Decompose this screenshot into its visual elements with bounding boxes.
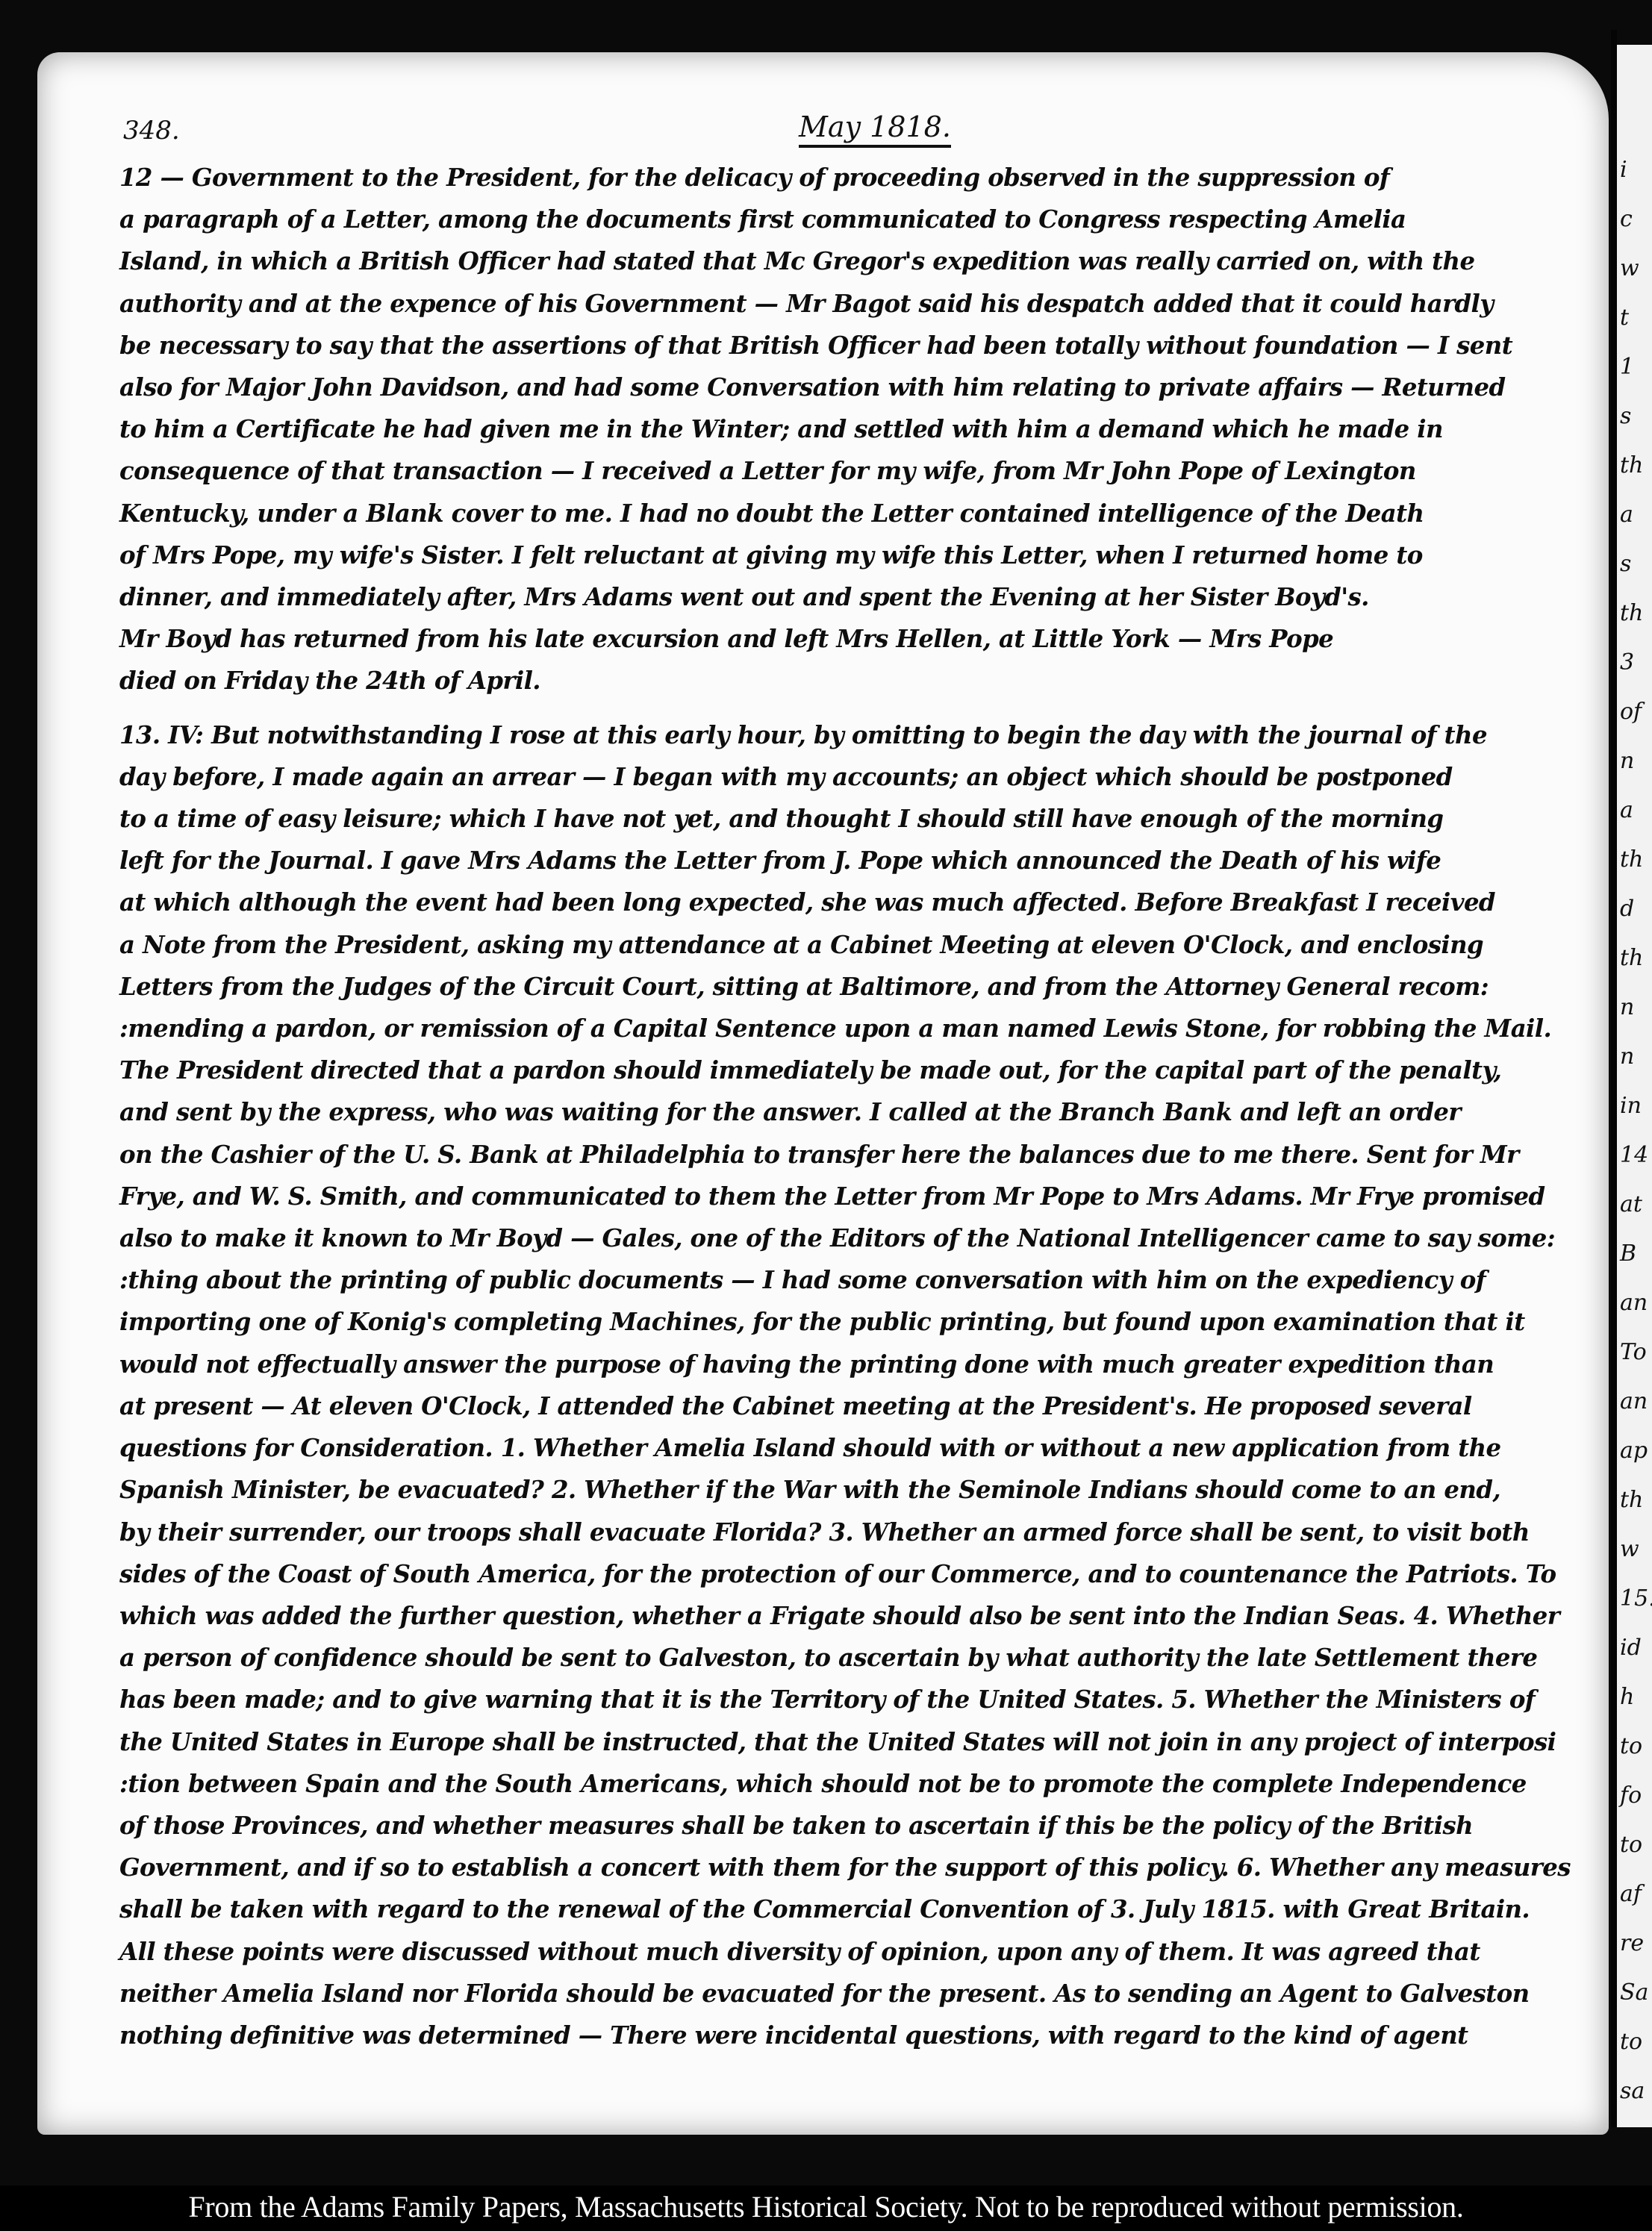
manuscript-line: Mr Boyd has returned from his late excur… <box>119 618 1583 660</box>
adjacent-page-text: af <box>1620 1881 1642 1907</box>
manuscript-line: :tion between Spain and the South Americ… <box>119 1763 1583 1805</box>
manuscript-line: at present — At eleven O'Clock, I attend… <box>119 1385 1583 1427</box>
manuscript-line: consequence of that transaction — I rece… <box>119 450 1583 492</box>
manuscript-line: 12 — Government to the President, for th… <box>119 157 1583 199</box>
adjacent-page-text: To <box>1620 1339 1647 1365</box>
page-number: 348. <box>123 116 180 146</box>
manuscript-line: by their surrender, our troops shall eva… <box>119 1511 1583 1553</box>
adjacent-page-text: 3 <box>1620 649 1634 675</box>
manuscript-line: Frye, and W. S. Smith, and communicated … <box>119 1176 1583 1217</box>
adjacent-page-text: sa <box>1620 2078 1645 2104</box>
manuscript-line: to him a Certificate he had given me in … <box>119 408 1583 450</box>
manuscript-line: Government, and if so to establish a con… <box>119 1847 1583 1888</box>
adjacent-page-text: d <box>1620 896 1634 922</box>
manuscript-line: and sent by the express, who was waiting… <box>119 1091 1583 1133</box>
adjacent-page-text: th <box>1620 945 1643 971</box>
adjacent-page-text: 15. <box>1620 1585 1652 1611</box>
adjacent-page-text: an <box>1620 1388 1648 1414</box>
adjacent-page-text: a <box>1620 797 1633 823</box>
adjacent-page-text: 1 <box>1620 354 1634 380</box>
adjacent-page-text: t <box>1620 305 1629 331</box>
manuscript-line: :thing about the printing of public docu… <box>119 1259 1583 1301</box>
manuscript-line: The President directed that a pardon sho… <box>119 1049 1583 1091</box>
manuscript-line: be necessary to say that the assertions … <box>119 325 1583 366</box>
manuscript-line: nothing definitive was determined — Ther… <box>119 2015 1583 2056</box>
adjacent-page-fragment: icwt1sthasth3ofnathdthnnin14atBanToanapt… <box>1617 45 1652 2127</box>
manuscript-line: left for the Journal. I gave Mrs Adams t… <box>119 840 1583 882</box>
manuscript-line: which was added the further question, wh… <box>119 1595 1583 1637</box>
adjacent-page-text: i <box>1620 157 1627 183</box>
manuscript-line: shall be taken with regard to the renewa… <box>119 1888 1583 1930</box>
adjacent-page-text: h <box>1620 1684 1634 1710</box>
adjacent-page-text: to <box>1620 1733 1642 1759</box>
manuscript-line: at which although the event had been lon… <box>119 882 1583 923</box>
adjacent-page-text: in <box>1620 1093 1642 1119</box>
manuscript-line: of Mrs Pope, my wife's Sister. I felt re… <box>119 534 1583 576</box>
manuscript-line: also for Major John Davidson, and had so… <box>119 366 1583 408</box>
diary-text: 12 — Government to the President, for th… <box>119 157 1612 2056</box>
manuscript-line: 13. IV: But notwithstanding I rose at th… <box>119 714 1583 756</box>
adjacent-page-text: w <box>1620 255 1639 281</box>
adjacent-page-text: re <box>1620 1930 1644 1956</box>
adjacent-page-text: th <box>1620 600 1643 626</box>
manuscript-line: Spanish Minister, be evacuated? 2. Wheth… <box>119 1469 1583 1511</box>
manuscript-line: also to make it known to Mr Boyd — Gales… <box>119 1217 1583 1259</box>
manuscript-line: dinner, and immediately after, Mrs Adams… <box>119 576 1583 618</box>
manuscript-line: Island, in which a British Officer had s… <box>119 240 1583 282</box>
adjacent-page-text: at <box>1620 1191 1642 1217</box>
manuscript-line: on the Cashier of the U. S. Bank at Phil… <box>119 1134 1583 1176</box>
adjacent-page-text: of <box>1620 699 1642 725</box>
manuscript-page: 348. May 1818. 12 — Government to the Pr… <box>37 52 1609 2135</box>
adjacent-page-text: 14 <box>1620 1142 1648 1168</box>
manuscript-line: Kentucky, under a Blank cover to me. I h… <box>119 493 1583 534</box>
adjacent-page-text: to <box>1620 1832 1642 1858</box>
manuscript-line: questions for Consideration. 1. Whether … <box>119 1427 1583 1469</box>
manuscript-line: :mending a pardon, or remission of a Cap… <box>119 1008 1583 1049</box>
adjacent-page-text: w <box>1620 1536 1639 1562</box>
adjacent-page-text: s <box>1620 403 1631 429</box>
manuscript-line: a paragraph of a Letter, among the docum… <box>119 199 1583 240</box>
copyright-footer: From the Adams Family Papers, Massachuse… <box>0 2185 1652 2231</box>
manuscript-line: neither Amelia Island nor Florida should… <box>119 1973 1583 2015</box>
adjacent-page-text: c <box>1620 206 1633 232</box>
adjacent-page-text: fo <box>1620 1782 1642 1809</box>
manuscript-line: a Note from the President, asking my att… <box>119 924 1583 966</box>
adjacent-page-text: an <box>1620 1290 1648 1316</box>
adjacent-page-text: B <box>1620 1241 1636 1267</box>
adjacent-page-text: th <box>1620 846 1643 873</box>
adjacent-page-text: th <box>1620 1487 1643 1513</box>
adjacent-page-text: s <box>1620 551 1631 577</box>
adjacent-page-text: th <box>1620 452 1643 478</box>
manuscript-line: of those Provinces, and whether measures… <box>119 1805 1583 1847</box>
manuscript-line: sides of the Coast of South America, for… <box>119 1553 1583 1595</box>
manuscript-line: has been made; and to give warning that … <box>119 1679 1583 1720</box>
manuscript-line: authority and at the expence of his Gove… <box>119 283 1583 325</box>
manuscript-line: importing one of Konig's completing Mach… <box>119 1301 1583 1343</box>
binding-edge <box>1611 30 1617 2127</box>
manuscript-line: the United States in Europe shall be ins… <box>119 1721 1583 1763</box>
manuscript-line: a person of confidence should be sent to… <box>119 1637 1583 1679</box>
adjacent-page-text: a <box>1620 502 1633 528</box>
adjacent-page-text: n <box>1620 994 1634 1020</box>
adjacent-page-text: id <box>1620 1635 1642 1661</box>
adjacent-page-text: n <box>1620 1043 1634 1070</box>
adjacent-page-text: ap <box>1620 1438 1648 1464</box>
adjacent-page-text: n <box>1620 748 1634 774</box>
manuscript-line: died on Friday the 24th of April. <box>119 660 1583 702</box>
page-date-heading: May 1818. <box>799 110 951 148</box>
manuscript-line: Letters from the Judges of the Circuit C… <box>119 966 1583 1008</box>
manuscript-line: to a time of easy leisure; which I have … <box>119 798 1583 840</box>
manuscript-line: All these points were discussed without … <box>119 1931 1583 1973</box>
manuscript-line: would not effectually answer the purpose… <box>119 1344 1583 1385</box>
adjacent-page-text: to <box>1620 2029 1642 2055</box>
manuscript-line: day before, I made again an arrear — I b… <box>119 756 1583 798</box>
adjacent-page-text: Sa <box>1620 1979 1648 2006</box>
